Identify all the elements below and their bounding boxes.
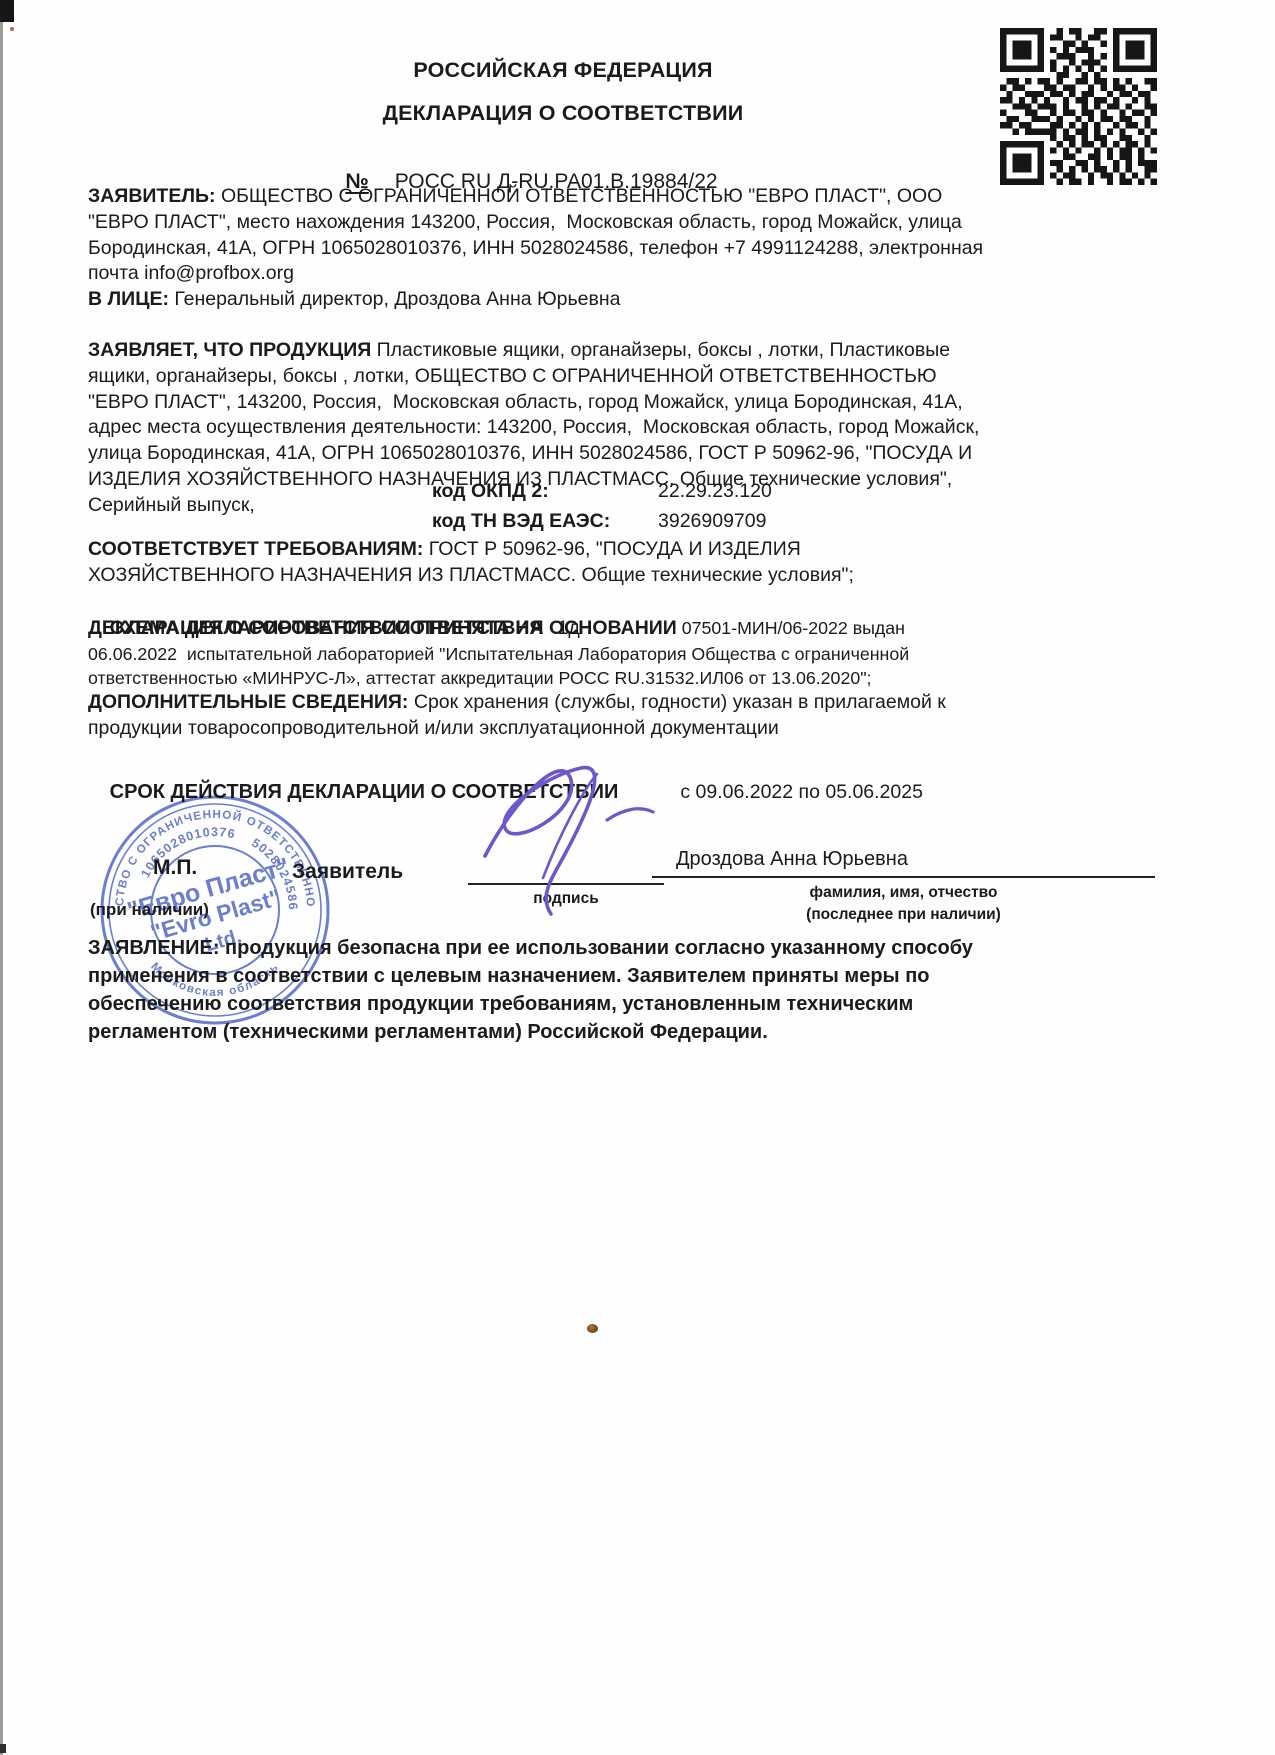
if-available-label: (при наличии) (90, 900, 209, 920)
text-line: ЗАЯВИТЕЛЬ: ОБЩЕСТВО С ОГРАНИЧЕННОЙ ОТВЕТ… (88, 184, 983, 210)
text-line: почта info@profbox.org (88, 261, 983, 287)
field-text: применения в соответствии с целевым назн… (88, 965, 929, 987)
text-line: адрес места осуществления деятельности: … (88, 415, 979, 441)
field-text: Бородинская, 41А, ОГРН 1065028010376, ИН… (88, 237, 983, 259)
field-text: 06.06.2022 испытательной лабораторией "И… (88, 644, 909, 664)
field-label: В ЛИЦЕ: (88, 288, 169, 310)
text-line: Бородинская, 41А, ОГРН 1065028010376, ИН… (88, 236, 983, 262)
header-country-text: РОССИЙСКАЯ ФЕДЕРАЦИЯ (413, 58, 712, 82)
text-line: ДОПОЛНИТЕЛЬНЫЕ СВЕДЕНИЯ: Срок хранения (… (88, 690, 946, 716)
field-text: 07501-МИН/06-2022 выдан (677, 618, 905, 638)
field-text: продукция безопасна при ее использовании… (219, 937, 972, 959)
text-line: регламентом (техническими регламентами) … (88, 1018, 973, 1046)
text-line: "ЕВРО ПЛАСТ", 143200, Россия, Московская… (88, 390, 979, 416)
text-line: ЗАЯВЛЕНИЕ: продукция безопасна при ее ис… (88, 934, 973, 962)
text-line: улица Бородинская, 41А, ОГРН 10650280103… (88, 441, 979, 467)
statement-paragraph: ЗАЯВЛЕНИЕ: продукция безопасна при ее ис… (88, 934, 973, 1046)
field-label: ЗАЯВЛЯЕТ, ЧТО ПРОДУКЦИЯ (88, 339, 371, 361)
field-text: ОБЩЕСТВО С ОГРАНИЧЕННОЙ ОТВЕТСТВЕННОСТЬЮ… (216, 185, 943, 207)
field-text: улица Бородинская, 41А, ОГРН 10650280103… (88, 442, 972, 464)
field-text: обеспечению соответствия продукции требо… (88, 993, 913, 1015)
text-line: "ЕВРО ПЛАСТ", место нахождения 143200, Р… (88, 210, 983, 236)
signatory-name: Дроздова Анна Юрьевна (676, 848, 908, 871)
text-line: обеспечению соответствия продукции требо… (88, 990, 973, 1018)
field-text: регламентом (техническими регламентами) … (88, 1021, 768, 1043)
header-doc-title: ДЕКЛАРАЦИЯ О СООТВЕТСТВИИ (88, 101, 1038, 126)
header-country: РОССИЙСКАЯ ФЕДЕРАЦИЯ (88, 58, 1038, 83)
field-text: "ЕВРО ПЛАСТ", место нахождения 143200, Р… (88, 211, 962, 233)
tnved-value: 3926909709 (658, 509, 766, 535)
text-line: 06.06.2022 испытательной лабораторией "И… (88, 642, 909, 666)
text-line: ящики, органайзеры, боксы , лотки, ОБЩЕС… (88, 364, 979, 390)
text-line: применения в соответствии с целевым назн… (88, 962, 973, 990)
field-label: ЗАЯВЛЕНИЕ: (88, 937, 219, 959)
header-doc-title-text: ДЕКЛАРАЦИЯ О СООТВЕТСТВИИ (383, 101, 744, 125)
field-label: ДОПОЛНИТЕЛЬНЫЕ СВЕДЕНИЯ: (88, 691, 408, 713)
text-line: В ЛИЦЕ: Генеральный директор, Дроздова А… (88, 287, 983, 313)
okpd-label: код ОКПД 2: (432, 479, 549, 505)
field-text: адрес места осуществления деятельности: … (88, 416, 979, 438)
stamp-place-label: М.П. (153, 856, 197, 880)
name-caption-2: (последнее при наличии) (652, 906, 1155, 924)
field-label: ЗАЯВИТЕЛЬ: (88, 185, 216, 207)
field-text: ящики, органайзеры, боксы , лотки, ОБЩЕС… (88, 365, 937, 387)
field-text: Срок хранения (службы, годности) указан … (408, 691, 945, 713)
field-text: ГОСТ Р 50962-96, "ПОСУДА И ИЗДЕЛИЯ (423, 538, 801, 560)
scan-artifact-left-edge (0, 0, 3, 1755)
scan-artifact-brown-dot (587, 1324, 598, 1333)
handwritten-signature (455, 728, 695, 928)
applicant-paragraph: ЗАЯВИТЕЛЬ: ОБЩЕСТВО С ОГРАНИЧЕННОЙ ОТВЕТ… (88, 184, 983, 313)
basis-paragraph: ДЕКЛАРАЦИЯ О СООТВЕТСТВИИ ПРИНЯТА НА ОСН… (88, 616, 909, 690)
field-label: ДЕКЛАРАЦИЯ О СООТВЕТСТВИИ ПРИНЯТА НА ОСН… (88, 617, 677, 639)
declaration-document: РОССИЙСКАЯ ФЕДЕРАЦИЯ ДЕКЛАРАЦИЯ О СООТВЕ… (0, 0, 1275, 1755)
field-label: СООТВЕТСТВУЕТ ТРЕБОВАНИЯМ: (88, 538, 423, 560)
field-text: ХОЗЯЙСТВЕННОГО НАЗНАЧЕНИЯ ИЗ ПЛАСТМАСС. … (88, 564, 854, 586)
requirements-paragraph: СООТВЕТСТВУЕТ ТРЕБОВАНИЯМ: ГОСТ Р 50962-… (88, 537, 854, 589)
applicant-role-label: Заявитель (292, 860, 403, 884)
validity-value: с 09.06.2022 по 05.06.2025 (680, 781, 923, 803)
field-text: Пластиковые ящики, органайзеры, боксы , … (371, 339, 950, 361)
text-line: ЗАЯВЛЯЕТ, ЧТО ПРОДУКЦИЯ Пластиковые ящик… (88, 338, 979, 364)
tnved-label: код ТН ВЭД ЕАЭС: (432, 509, 610, 535)
field-text: "ЕВРО ПЛАСТ", 143200, Россия, Московская… (88, 391, 963, 413)
scan-artifact-corner (0, 0, 14, 22)
name-caption-1: фамилия, имя, отчество (652, 884, 1155, 902)
text-line: ответственностью «МИНРУС-Л», аттестат ак… (88, 666, 909, 690)
text-line: ХОЗЯЙСТВЕННОГО НАЗНАЧЕНИЯ ИЗ ПЛАСТМАСС. … (88, 563, 854, 589)
field-text: ответственностью «МИНРУС-Л», аттестат ак… (88, 668, 871, 688)
okpd-value: 22.29.23.120 (658, 479, 772, 505)
field-text: Серийный выпуск, (88, 494, 255, 516)
scan-artifact-red-speck (10, 27, 14, 31)
text-line: ДЕКЛАРАЦИЯ О СООТВЕТСТВИИ ПРИНЯТА НА ОСН… (88, 616, 909, 642)
name-underline (652, 876, 1155, 878)
field-text: почта info@profbox.org (88, 262, 294, 284)
scan-artifact-bottom-mark (0, 1744, 6, 1753)
field-text: Генеральный директор, Дроздова Анна Юрье… (169, 288, 621, 310)
text-line: СООТВЕТСТВУЕТ ТРЕБОВАНИЯМ: ГОСТ Р 50962-… (88, 537, 854, 563)
